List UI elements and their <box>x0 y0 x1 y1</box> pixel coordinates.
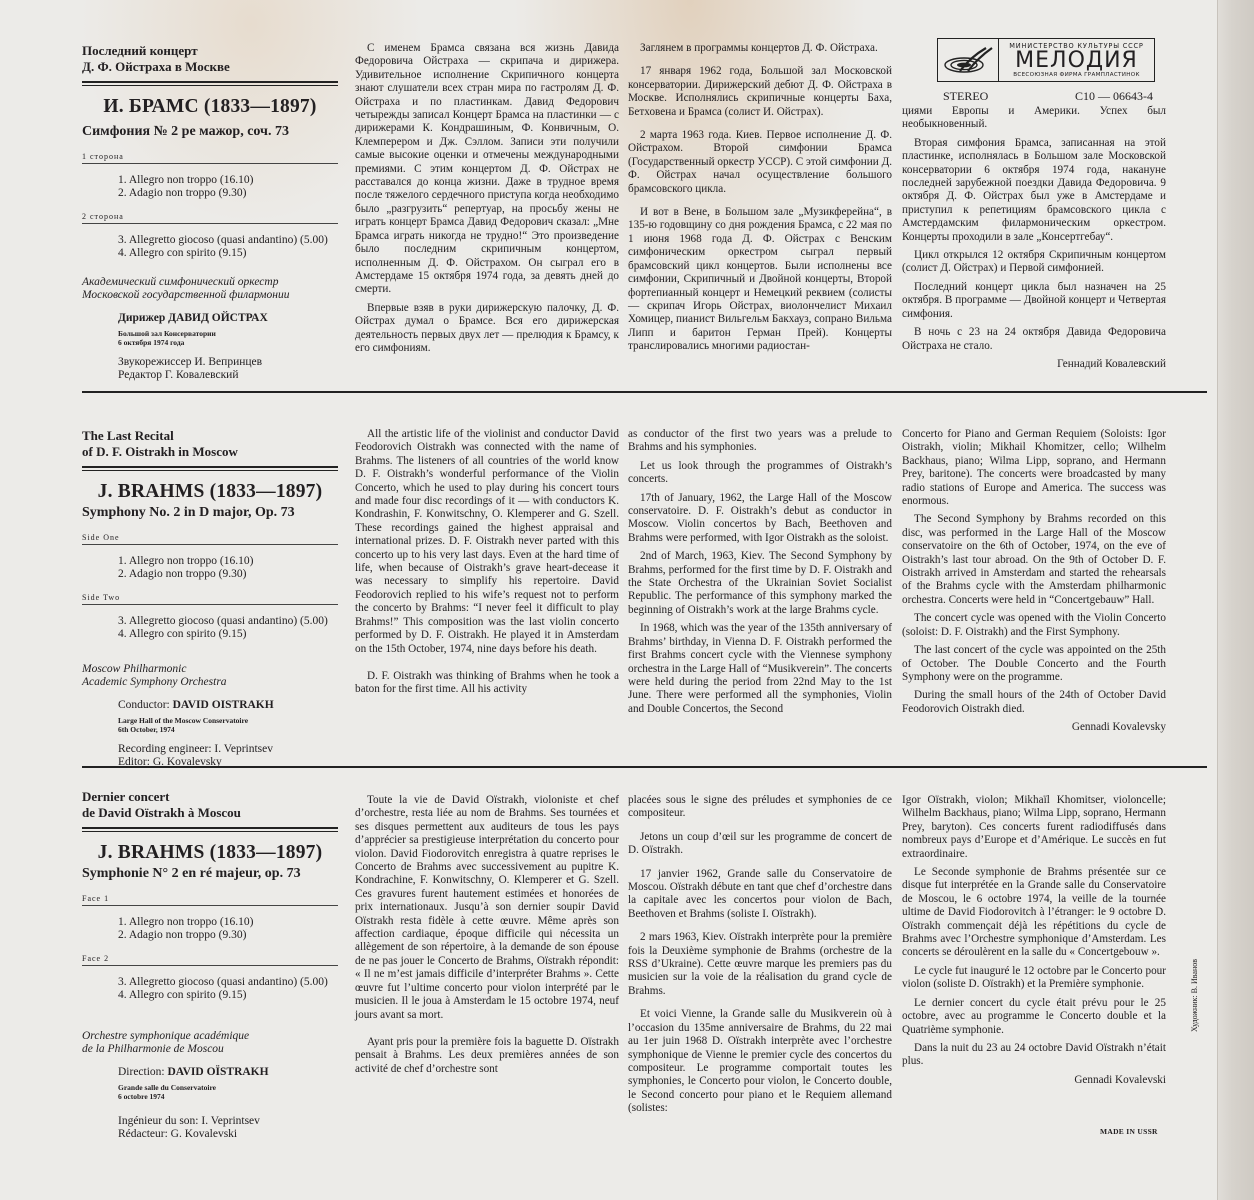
track-item: 3. Allegretto giocoso (quasi andantino) … <box>118 234 338 247</box>
credits: Звукорежиссер И. Веприн­цев Редактор Г. … <box>118 356 338 382</box>
track-item: 4. Allegro con spirito (9.15) <box>118 628 338 641</box>
track-item: 2. Adagio non troppo (9.30) <box>118 929 338 942</box>
subtitle-line-1: Dernier concert <box>82 789 338 805</box>
paragraph: Впервые взяв в руки дирижерскую палочку,… <box>355 302 619 356</box>
venue: Grande salle du Conservatoire 6 octobre … <box>118 1083 338 1101</box>
catalog-number: С10 — 06643-4 <box>1075 89 1153 104</box>
conductor-name: DAVID OÏSTRAKH <box>168 1066 269 1078</box>
notes-column-1: Toute la vie de David Oïstrakh, violonis… <box>355 794 619 1081</box>
track-item: 3. Allegretto giocoso (quasi andantino) … <box>118 615 338 628</box>
paragraph: During the small hours of the 24th of Oc… <box>902 689 1166 716</box>
orchestra-line-2: de la Philharmonie de Moscou <box>82 1043 338 1056</box>
composer-heading: J. BRAHMS (1833—1897) <box>82 481 338 503</box>
paragraph: Ayant pris pour la première fois la bagu… <box>355 1036 619 1076</box>
paragraph: Le Seconde symphonie de Brahms présentée… <box>902 866 1166 960</box>
orchestra-line-1: Orchestre symphonique académique <box>82 1030 338 1043</box>
signature: Gennadi Kovalevsky <box>902 721 1166 734</box>
orchestra-name: Orchestre symphonique académique de la P… <box>82 1030 338 1056</box>
made-in-ussr: MADE IN USSR <box>1100 1127 1158 1136</box>
paragraph: В ночь с 23 на 24 октября Давида Федоров… <box>902 326 1166 353</box>
editor-credit: Rédacteur: G. Kovalevski <box>118 1128 338 1141</box>
paragraph: 2 mars 1963, Kiev. Oïstrakh interprète p… <box>628 931 892 998</box>
signature: Геннадий Ковалевский <box>902 358 1166 371</box>
paragraph: Le dernier concert du cycle était prévu … <box>902 997 1166 1037</box>
engineer-credit: Recording engineer: I. Veprintsev <box>118 743 338 756</box>
conductor: Дирижер ДАВИД ОЙСТРАХ <box>118 312 338 324</box>
venue: Large Hall of the Moscow Conservatoire 6… <box>118 716 338 734</box>
paragraph: 17th of January, 1962, the Large Hall of… <box>628 492 892 546</box>
side-1-tracks: 1. Allegro non troppo (16.10) 2. Adagio … <box>118 916 338 942</box>
venue-line-1: Large Hall of the Moscow Conservatoire <box>118 716 338 725</box>
conductor: Conductor: DAVID OISTRAKH <box>118 699 338 711</box>
melodiya-logo: МИНИСТЕРСТВО КУЛЬТУРЫ СССР МЕЛОДИЯ ВСЕСО… <box>937 38 1155 82</box>
paragraph: С именем Брамса связана вся жизнь Давида… <box>355 42 619 297</box>
paragraph: Let us look through the programmes of Oi… <box>628 460 892 487</box>
melodiya-wordmark: МИНИСТЕРСТВО КУЛЬТУРЫ СССР МЕЛОДИЯ ВСЕСО… <box>999 39 1154 81</box>
conductor-name: DAVID OISTRAKH <box>173 699 274 711</box>
stereo-label: STEREO <box>937 89 988 104</box>
orchestra-name: Moscow Philharmonic Academic Symphony Or… <box>82 663 338 689</box>
credits: Ingénieur du son: I. Veprintsev Rédacteu… <box>118 1115 338 1141</box>
paragraph: D. F. Oistrakh was thinking of Brahms wh… <box>355 670 619 697</box>
side-2-label: Side Two <box>82 593 338 605</box>
engineer-credit: Ingénieur du son: I. Veprintsev <box>118 1115 338 1128</box>
orchestra-line-2: Московской государственной филармонии <box>82 289 338 302</box>
paragraph: Le cycle fut inauguré le 12 octobre par … <box>902 965 1166 992</box>
notes-column-2: Заглянем в программы концертов Д. Ф. Ойс… <box>628 42 892 359</box>
paragraph: Jetons un coup d’œil sur les programme d… <box>628 831 892 858</box>
paragraph: In 1968, which was the year of the 135th… <box>628 622 892 716</box>
orchestra-name: Академический симфонический оркестр Моск… <box>82 276 338 302</box>
double-rule <box>82 827 338 832</box>
work-title: Симфония № 2 ре мажор, соч. 73 <box>82 124 338 140</box>
engineer-credit: Звукорежиссер И. Веприн­цев <box>118 356 338 369</box>
section-english: The Last Recital of D. F. Oistrakh in Mo… <box>0 395 1210 780</box>
venue-line-2: 6 octobre 1974 <box>118 1092 338 1101</box>
orchestra-line-1: Moscow Philharmonic <box>82 663 338 676</box>
artist-credit: Художник: В. Иванов <box>1190 959 1199 1032</box>
paragraph: 17 janvier 1962, Grande salle du Conserv… <box>628 868 892 922</box>
paragraph: The concert cycle was opened with the Vi… <box>902 612 1166 639</box>
section-russian: Последний концерт Д. Ф. Ойстраха в Москв… <box>0 0 1210 395</box>
paragraph: placées sous le signe des préludes et sy… <box>628 794 892 821</box>
side-1-label: Face 1 <box>82 894 338 906</box>
notes-column-3: Concerto for Piano and German Requiem (S… <box>902 428 1166 735</box>
conductor: Direction: DAVID OÏSTRAKH <box>118 1066 338 1078</box>
side-2-tracks: 3. Allegretto giocoso (quasi andantino) … <box>118 976 338 1002</box>
composer-heading: J. BRAHMS (1833—1897) <box>82 842 338 864</box>
track-item: 2. Adagio non troppo (9.30) <box>118 187 338 200</box>
paragraph: Igor Oïstrakh, violon; Mikhaïl Khomitser… <box>902 794 1166 861</box>
paragraph: Цикл открылся 12 октября Скрипичным конц… <box>902 249 1166 276</box>
side-1-label: Side One <box>82 533 338 545</box>
side-1-tracks: 1. Allegro non troppo (16.10) 2. Adagio … <box>118 174 338 200</box>
track-listing-en: The Last Recital of D. F. Oistrakh in Mo… <box>82 428 338 769</box>
side-2-tracks: 3. Allegretto giocoso (quasi andantino) … <box>118 615 338 641</box>
paragraph: The Second Symphony by Brahms recorded o… <box>902 513 1166 607</box>
venue-line-2: 6th October, 1974 <box>118 725 338 734</box>
notes-column-1: С именем Брамса связана вся жизнь Давида… <box>355 42 619 360</box>
double-rule <box>82 81 338 86</box>
paragraph: Последний концерт цикла был назначен на … <box>902 281 1166 321</box>
paragraph: All the artistic life of the violinist a… <box>355 428 619 656</box>
paragraph: Вторая симфония Брамса, записанная на эт… <box>902 137 1166 244</box>
brand-name: МЕЛОДИЯ <box>1015 50 1138 72</box>
side-1-label: 1 сторона <box>82 152 338 164</box>
signature: Gennadi Kovalevski <box>902 1074 1166 1087</box>
orchestra-line-1: Академический симфонический оркестр <box>82 276 338 289</box>
track-item: 3. Allegretto giocoso (quasi andantino) … <box>118 976 338 989</box>
conductor-name: ДАВИД ОЙСТРАХ <box>168 312 268 324</box>
track-item: 4. Allegro con spirito (9.15) <box>118 247 338 260</box>
section-divider <box>82 391 1207 393</box>
track-item: 1. Allegro non troppo (16.10) <box>118 555 338 568</box>
paragraph: Toute la vie de David Oïstrakh, violonis… <box>355 794 619 1022</box>
melodiya-emblem-icon <box>938 39 999 81</box>
venue: Большой зал Консерватории 6 октября 1974… <box>118 329 338 347</box>
venue-line-1: Большой зал Консерватории <box>118 329 338 338</box>
notes-column-1: All the artistic life of the violinist a… <box>355 428 619 702</box>
orchestra-line-2: Academic Symphony Orchestra <box>82 676 338 689</box>
side-2-tracks: 3. Allegretto giocoso (quasi andantino) … <box>118 234 338 260</box>
notes-column-3: циями Европы и Америки. Успех был необык… <box>902 105 1166 371</box>
composer-heading: И. БРАМС (1833—1897) <box>82 96 338 118</box>
subtitle-line-2: de David Oïstrakh à Moscou <box>82 805 338 821</box>
paragraph: Concerto for Piano and German Requiem (S… <box>902 428 1166 508</box>
track-item: 1. Allegro non troppo (16.10) <box>118 174 338 187</box>
editor-credit: Редактор Г. Ковалевский <box>118 369 338 382</box>
brand-tagline: ВСЕСОЮЗНАЯ ФИРМА ГРАМПЛАСТИНОК <box>1013 72 1139 78</box>
paragraph: 17 января 1962 года, Большой зал Московс… <box>628 65 892 119</box>
subtitle-line-2: Д. Ф. Ойстраха в Москве <box>82 59 338 75</box>
double-rule <box>82 466 338 471</box>
subtitle-line-1: The Last Recital <box>82 428 338 444</box>
paragraph: Dans la nuit du 23 au 24 octobre David O… <box>902 1042 1166 1069</box>
paragraph: as conductor of the first two years was … <box>628 428 892 455</box>
subtitle-line-2: of D. F. Oistrakh in Moscow <box>82 444 338 460</box>
side-2-label: Face 2 <box>82 954 338 966</box>
conductor-label: Conductor: <box>118 699 170 711</box>
section-divider <box>82 766 1207 768</box>
conductor-label: Дирижер <box>118 312 165 324</box>
track-listing-ru: Последний концерт Д. Ф. Ойстраха в Москв… <box>82 43 338 382</box>
release-info: STEREO С10 — 06643-4 <box>937 89 1153 104</box>
side-1-tracks: 1. Allegro non troppo (16.10) 2. Adagio … <box>118 555 338 581</box>
paragraph: 2nd of March, 1963, Kiev. The Second Sym… <box>628 550 892 617</box>
conductor-label: Direction: <box>118 1066 165 1078</box>
notes-column-2: placées sous le signe des préludes et sy… <box>628 794 892 1121</box>
sleeve-edge <box>1217 0 1254 1200</box>
paragraph: 2 марта 1963 года. Киев. Первое исполнен… <box>628 129 892 196</box>
paragraph: циями Европы и Америки. Успех был необык… <box>902 105 1166 132</box>
track-listing-fr: Dernier concert de David Oïstrakh à Mosc… <box>82 789 338 1141</box>
paragraph: И вот в Вене, в Большом зале „Музикферей… <box>628 206 892 353</box>
work-title: Symphonie N° 2 en ré majeur, op. 73 <box>82 866 338 882</box>
paragraph: Et voici Vienne, la Grande salle du Musi… <box>628 1008 892 1115</box>
work-title: Symphony No. 2 in D major, Op. 73 <box>82 505 338 521</box>
track-item: 4. Allegro con spirito (9.15) <box>118 989 338 1002</box>
track-item: 2. Adagio non troppo (9.30) <box>118 568 338 581</box>
venue-line-1: Grande salle du Conservatoire <box>118 1083 338 1092</box>
notes-column-3: Igor Oïstrakh, violon; Mikhaïl Khomitser… <box>902 794 1166 1087</box>
paragraph: The last concert of the cycle was appoin… <box>902 644 1166 684</box>
paragraph: Заглянем в программы концертов Д. Ф. Ойс… <box>628 42 892 55</box>
subtitle-line-1: Последний концерт <box>82 43 338 59</box>
track-item: 1. Allegro non troppo (16.10) <box>118 916 338 929</box>
venue-line-2: 6 октября 1974 года <box>118 338 338 347</box>
side-2-label: 2 сторона <box>82 212 338 224</box>
section-french: Dernier concert de David Oïstrakh à Mosc… <box>0 780 1210 1200</box>
notes-column-2: as conductor of the first two years was … <box>628 428 892 721</box>
